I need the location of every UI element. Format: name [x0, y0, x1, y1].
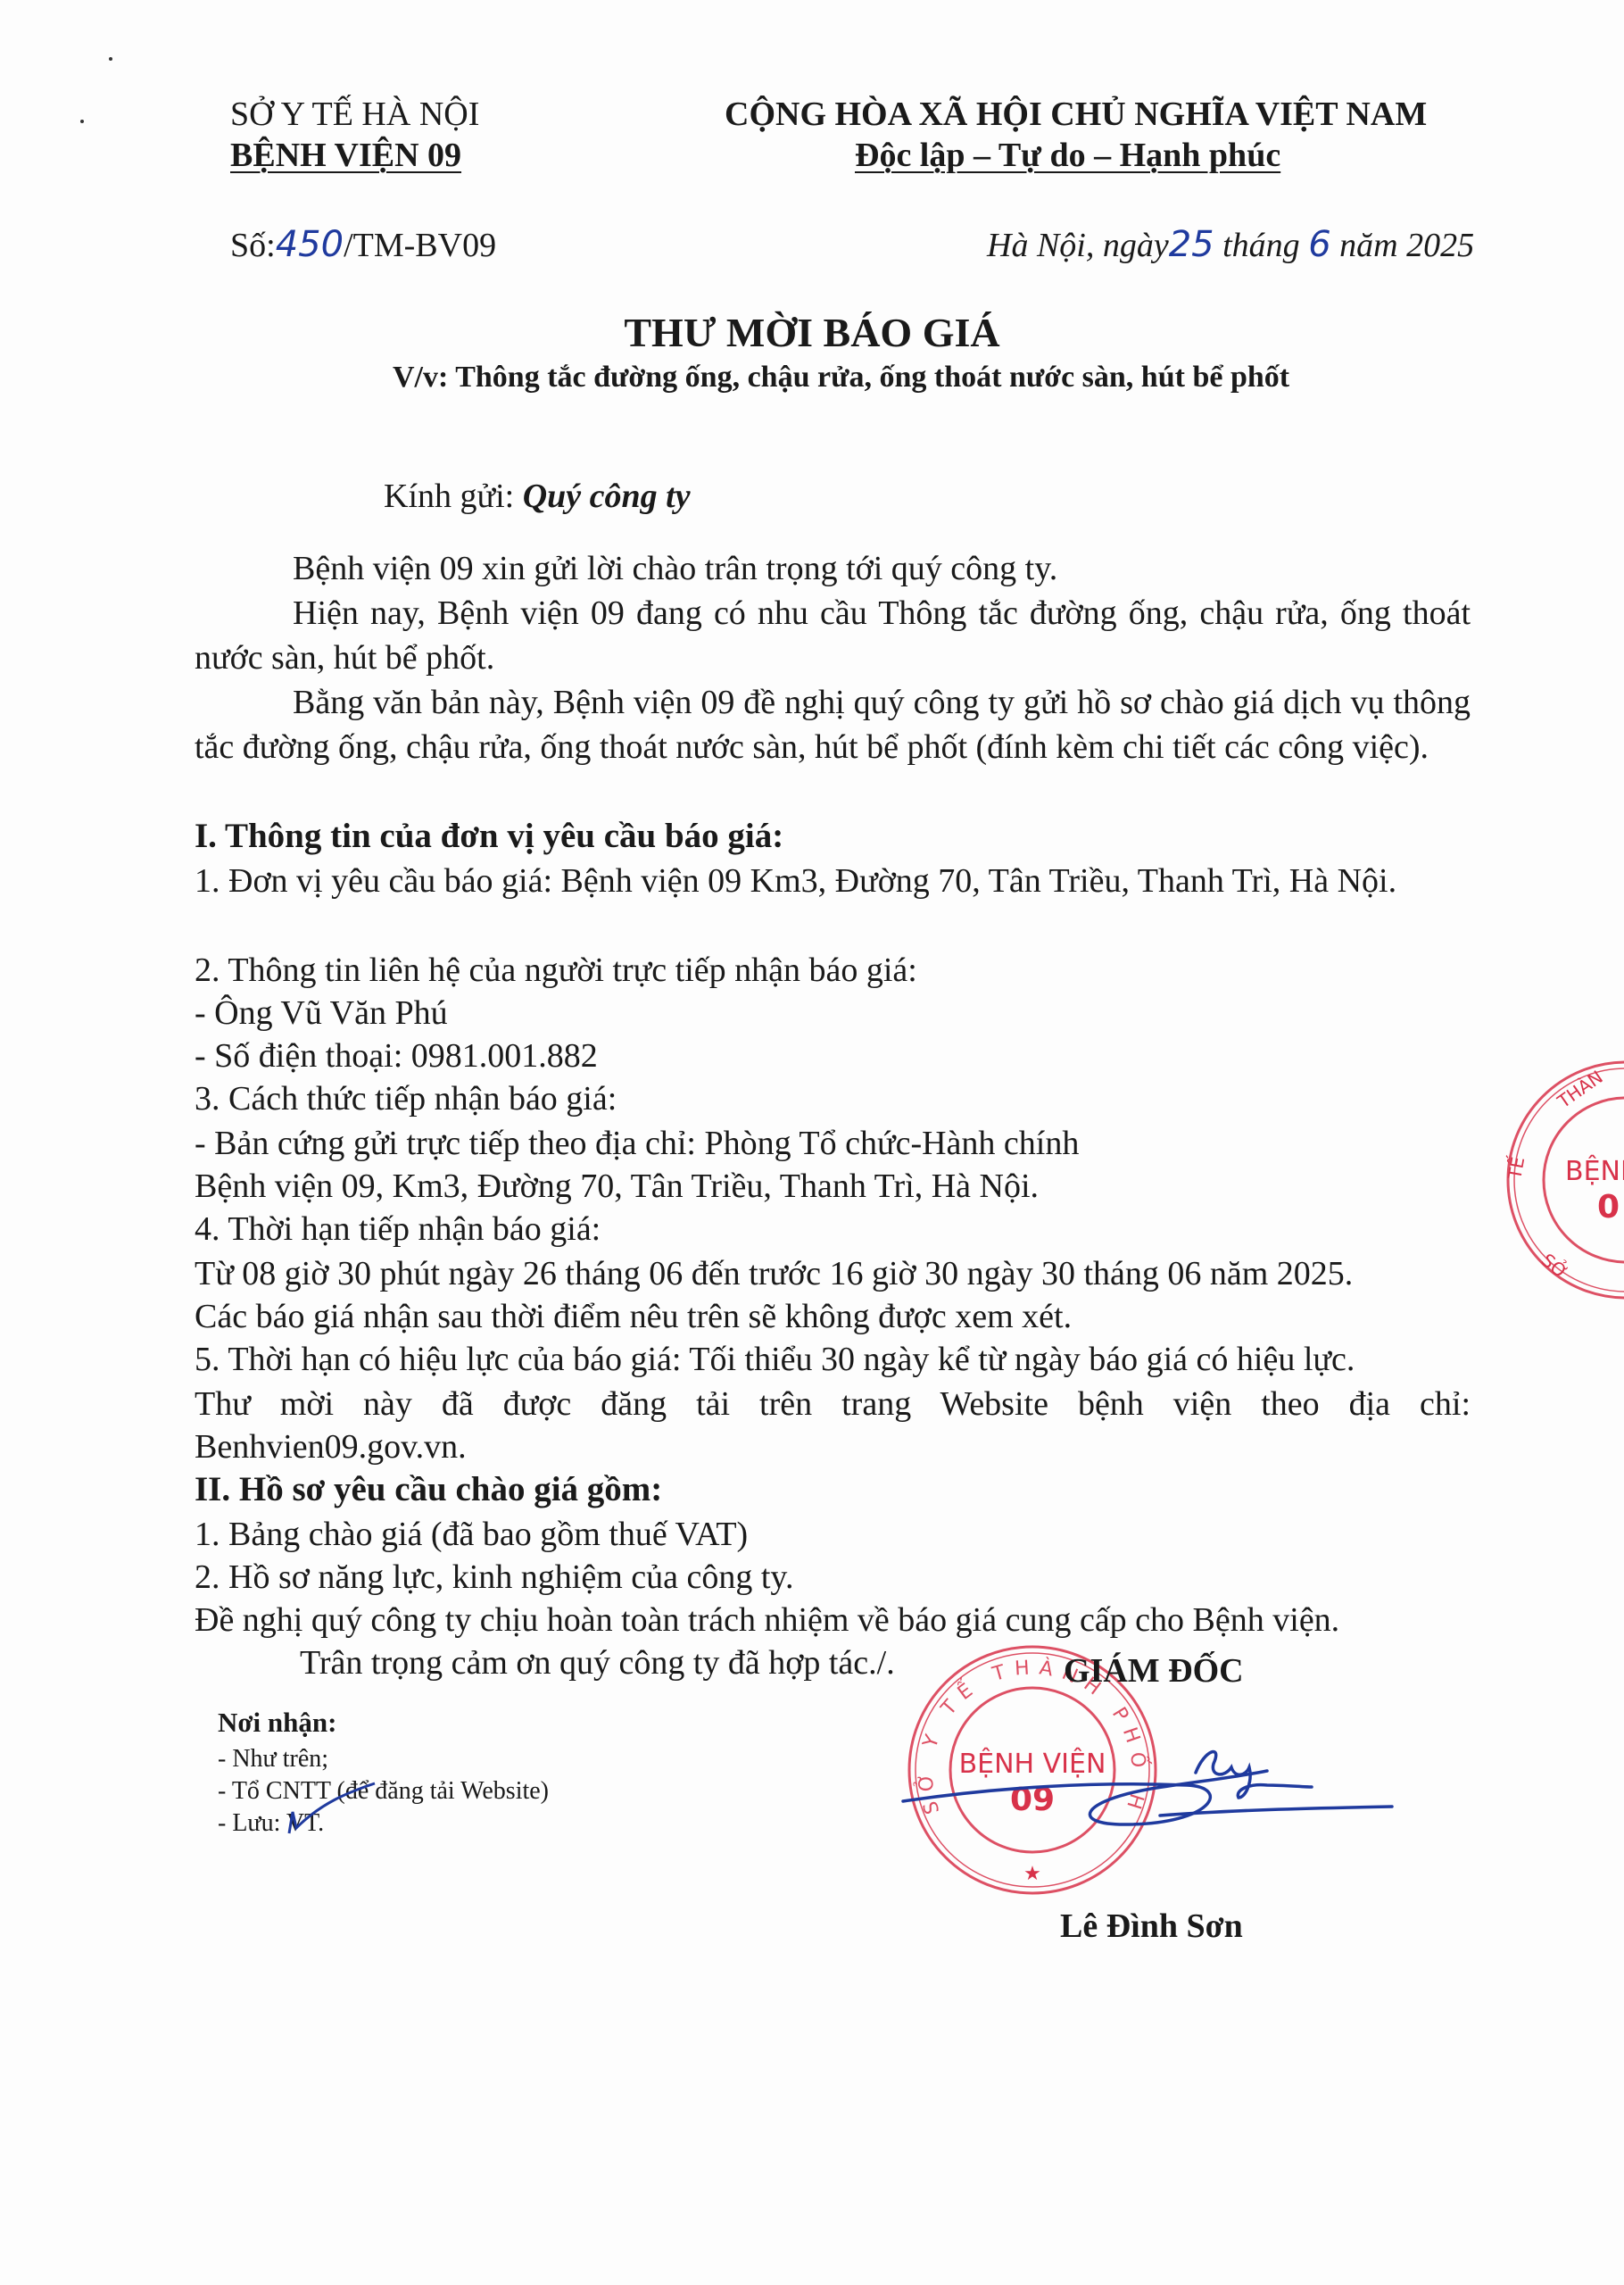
recipient-item: - Như trên;: [218, 1744, 328, 1774]
website-note: Thư mời này đã được đăng tải trên trang …: [195, 1382, 1471, 1426]
section-1-item-1: 1. Đơn vị yêu cầu báo giá: Bệnh viện 09 …: [195, 859, 1471, 903]
recipients-heading: Nơi nhận:: [218, 1707, 336, 1739]
delivery-address-1: - Bản cứng gửi trực tiếp theo địa chỉ: P…: [195, 1121, 1079, 1166]
signer-name: Lê Đình Sơn: [1060, 1907, 1243, 1946]
section-1-item-5: 5. Thời hạn có hiệu lực của báo giá: Tối…: [195, 1337, 1355, 1382]
date-day-handwritten: 25: [1169, 224, 1214, 265]
scan-speck: [109, 57, 112, 61]
svg-text:★: ★: [1023, 1862, 1041, 1884]
website-link[interactable]: Benhvien09.gov.vn.: [195, 1425, 467, 1469]
contact-phone: - Số điện thoại: 0981.001.882: [195, 1034, 598, 1078]
svg-text:0: 0: [1597, 1189, 1620, 1226]
document-title: THƯ MỜI BÁO GIÁ: [0, 309, 1624, 356]
issuing-unit: BỆNH VIỆN 09: [230, 136, 461, 175]
section-1-item-2: 2. Thông tin liên hệ của người trực tiếp…: [195, 948, 917, 993]
signature-icon: [892, 1732, 1410, 1839]
section-2-item-2: 2. Hồ sơ năng lực, kinh nghiệm của công …: [195, 1555, 793, 1599]
section-1-item-3: 3. Cách thức tiếp nhận báo giá:: [195, 1076, 617, 1121]
svg-text:TẾ: TẾ: [1503, 1155, 1529, 1182]
contact-name: - Ông Vũ Văn Phú: [195, 991, 448, 1035]
salutation-recipient: Quý công ty: [523, 478, 691, 515]
closing-thanks: Trân trọng cảm ơn quý công ty đã hợp tác…: [300, 1641, 895, 1685]
scan-speck: [80, 120, 84, 123]
intro-paragraph-3: Bằng văn bản này, Bệnh viện 09 đề nghị q…: [195, 680, 1471, 769]
salutation: Kính gửi: Quý công ty: [384, 477, 691, 516]
section-2-heading: II. Hồ sơ yêu cầu chào giá gồm:: [195, 1467, 662, 1512]
signer-title: GIÁM ĐỐC: [1064, 1651, 1244, 1691]
initial-mark-icon: [268, 1776, 384, 1848]
svg-text:THÀN: THÀN: [1553, 1066, 1606, 1112]
section-1-heading: I. Thông tin của đơn vị yêu cầu báo giá:: [195, 814, 783, 859]
document-number: Số:450/TM-BV09: [230, 225, 496, 265]
salutation-label: Kính gửi:: [384, 478, 514, 515]
responsibility-request: Đề nghị quý công ty chịu hoàn toàn trách…: [195, 1598, 1339, 1642]
section-2-item-1: 1. Bảng chào giá (đã bao gồm thuế VAT): [195, 1512, 748, 1557]
section-1-item-4: 4. Thời hạn tiếp nhận báo giá:: [195, 1207, 601, 1251]
late-submission-note: Các báo giá nhận sau thời điểm nêu trên …: [195, 1294, 1072, 1339]
delivery-address-2: Bệnh viện 09, Km3, Đường 70, Tân Triều, …: [195, 1164, 1039, 1209]
doc-number-prefix: Số:: [230, 227, 276, 264]
document-date: Hà Nội, ngày25 tháng 6 năm 2025: [987, 225, 1474, 265]
date-prefix: Hà Nội, ngày: [987, 227, 1169, 264]
date-month-handwritten: 6: [1308, 224, 1330, 265]
doc-number-suffix: /TM-BV09: [344, 227, 496, 264]
submission-deadline: Từ 08 giờ 30 phút ngày 26 tháng 06 đến t…: [195, 1251, 1353, 1296]
intro-paragraph-1: Bệnh viện 09 xin gửi lời chào trân trọng…: [195, 546, 1471, 591]
document-subject: V/v: Thông tắc đường ống, chậu rửa, ống …: [393, 361, 1289, 395]
date-year-label: năm 2025: [1339, 227, 1474, 264]
intro-paragraph-2: Hiện nay, Bệnh viện 09 đang có nhu cầu T…: [195, 591, 1471, 680]
national-motto: Độc lập – Tự do – Hạnh phúc: [855, 136, 1280, 175]
date-month-label: tháng: [1222, 227, 1300, 264]
doc-number-handwritten: 450: [276, 224, 344, 265]
edge-seal-icon: BỆNH 0 THÀN TẾ SỞ: [1501, 1055, 1624, 1305]
svg-text:BỆNH: BỆNH: [1565, 1155, 1624, 1187]
national-title: CỘNG HÒA XÃ HỘI CHỦ NGHĨA VIỆT NAM: [725, 95, 1427, 134]
issuing-authority: SỞ Y TẾ HÀ NỘI: [230, 95, 479, 134]
